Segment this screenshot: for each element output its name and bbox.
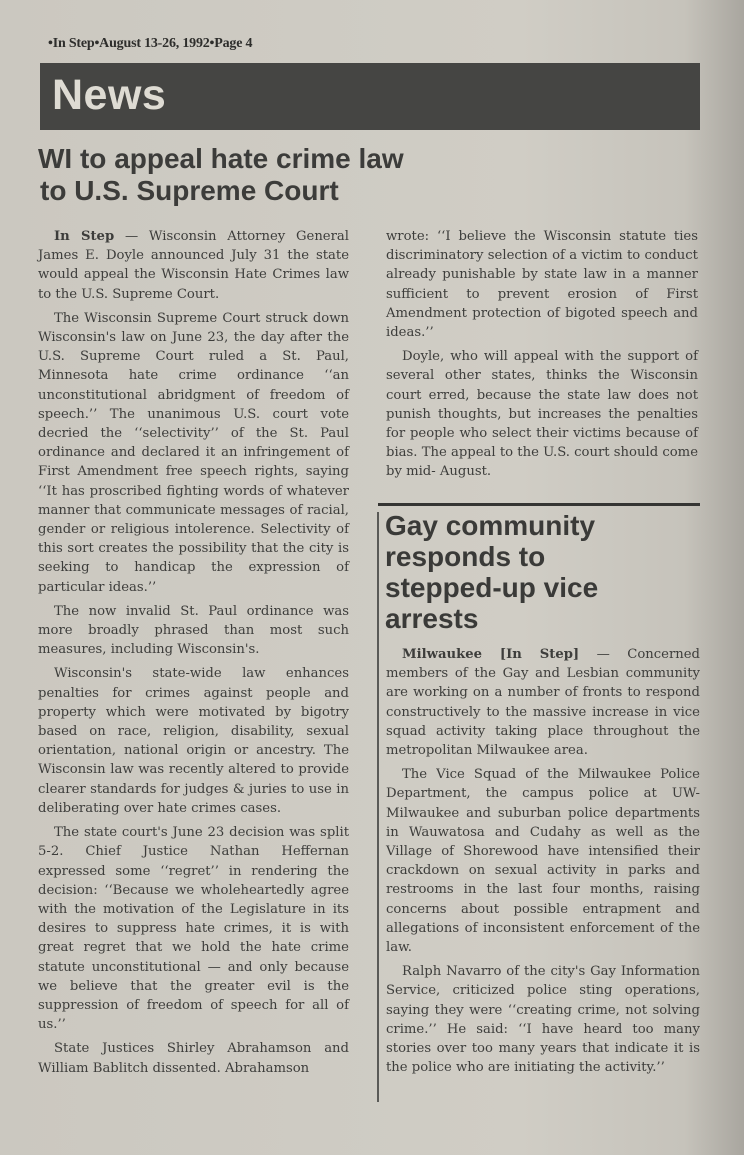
article2-headline-line: responds to	[385, 541, 685, 572]
article-divider-rule	[378, 503, 700, 506]
article1-headline: WI to appeal hate crime law to U.S. Supr…	[38, 143, 498, 207]
article1-paragraph: Wisconsin's state-wide law enhances pena…	[38, 664, 349, 818]
article1-paragraph: The Wisconsin Supreme Court struck down …	[38, 309, 349, 597]
article1-paragraph: wrote: ‘‘I believe the Wisconsin statute…	[386, 227, 698, 342]
article2-dateline: Milwaukee [In Step]	[402, 647, 579, 662]
article2-paragraph: The Vice Squad of the Milwaukee Police D…	[386, 765, 700, 957]
article1-column-right: wrote: ‘‘I believe the Wisconsin statute…	[386, 227, 698, 487]
article2-body: Milwaukee [In Step] — Concerned members …	[386, 645, 700, 1082]
article2-paragraph: Milwaukee [In Step] — Concerned members …	[386, 645, 700, 760]
article1-paragraph: State Justices Shirley Abrahamson and Wi…	[38, 1039, 349, 1077]
article2-headline: Gay community responds to stepped-up vic…	[385, 510, 685, 634]
section-title: News	[52, 71, 166, 120]
article2-paragraph-text: — Concerned members of the Gay and Lesbi…	[386, 647, 700, 758]
article1-paragraph: The state court's June 23 decision was s…	[38, 823, 349, 1034]
article1-headline-line: to U.S. Supreme Court	[38, 175, 498, 207]
article2-headline-line: Gay community	[385, 510, 685, 541]
article1-paragraph: Doyle, who will appeal with the support …	[386, 347, 698, 481]
page-folio: •In Step•August 13-26, 1992•Page 4	[48, 36, 252, 52]
article2-headline-line: stepped-up vice	[385, 572, 685, 603]
section-banner: News	[40, 63, 700, 130]
article1-column-left: In Step — Wisconsin Attorney General Jam…	[38, 227, 349, 1083]
article2-paragraph: Ralph Navarro of the city's Gay Informat…	[386, 962, 700, 1077]
article1-paragraph: The now invalid St. Paul ordinance was m…	[38, 602, 349, 660]
article2-headline-line: arrests	[385, 603, 685, 634]
article1-dateline: In Step	[54, 229, 114, 244]
article1-headline-line: WI to appeal hate crime law	[38, 143, 498, 175]
article2-side-rule	[377, 512, 379, 1102]
article1-paragraph: In Step — Wisconsin Attorney General Jam…	[38, 227, 349, 304]
